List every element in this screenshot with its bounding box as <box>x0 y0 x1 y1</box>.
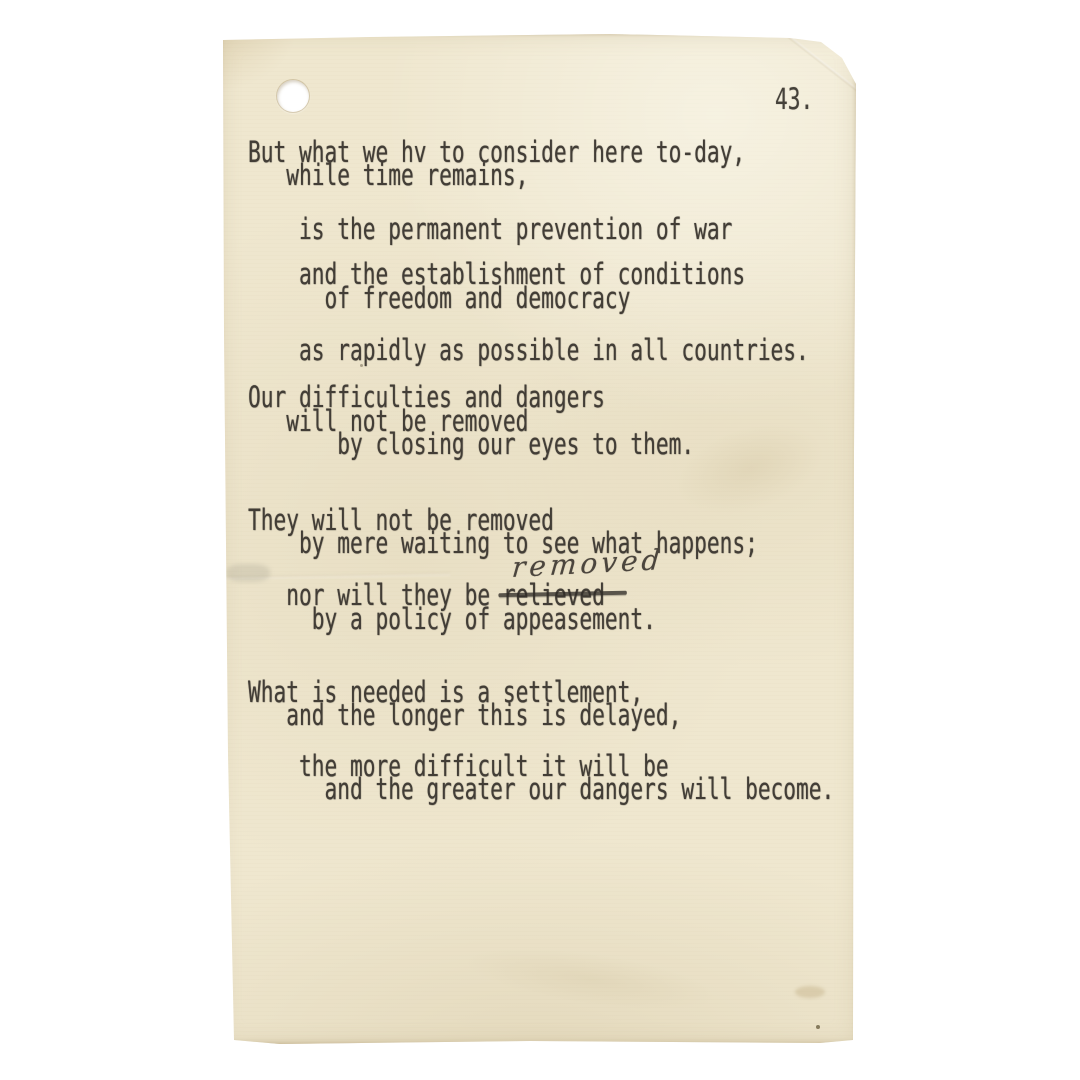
paragraph-block: But what we hv to consider here to-day, … <box>248 141 834 188</box>
paragraph-block: the more difficult it will be and the gr… <box>248 755 834 802</box>
punch-hole <box>277 80 309 112</box>
typescript-page: 43. But what we hv to consider here to-d… <box>220 34 856 1044</box>
paragraph-block: and the establishment of conditions of f… <box>248 263 834 310</box>
typed-line: by closing our eyes to them. <box>248 433 834 456</box>
paragraph-block: is the permanent prevention of war <box>248 218 834 241</box>
paragraph-block: as rapidly as possible in all countries. <box>248 339 834 362</box>
ink-speck <box>816 1025 820 1029</box>
paragraph-block: What is needed is a settlement, and the … <box>248 681 834 728</box>
typed-line: is the permanent prevention of war <box>248 218 834 241</box>
typed-line: and the greater our dangers will become. <box>248 778 834 801</box>
page-number: 43. <box>775 88 813 111</box>
typed-line: and the longer this is delayed, <box>248 704 834 727</box>
paragraph-block: They will not be removed by mere waiting… <box>248 509 834 556</box>
typed-text: But what we hv to consider here to-day, … <box>248 141 834 802</box>
typed-line: as rapidly as possible in all countries. <box>248 339 834 362</box>
typed-line: of freedom and democracy <box>248 287 834 310</box>
struck-word: relieved <box>503 584 605 607</box>
handwritten-correction: removed <box>511 546 665 582</box>
scanned-document-background: 43. But what we hv to consider here to-d… <box>0 0 1080 1080</box>
foxing-stain <box>795 986 825 998</box>
paper-crease-bottom <box>435 914 745 1045</box>
paragraph-block: nor will they be relieved by a policy of… <box>248 584 834 631</box>
paragraph-block: Our difficulties and dangers will not be… <box>248 386 834 456</box>
